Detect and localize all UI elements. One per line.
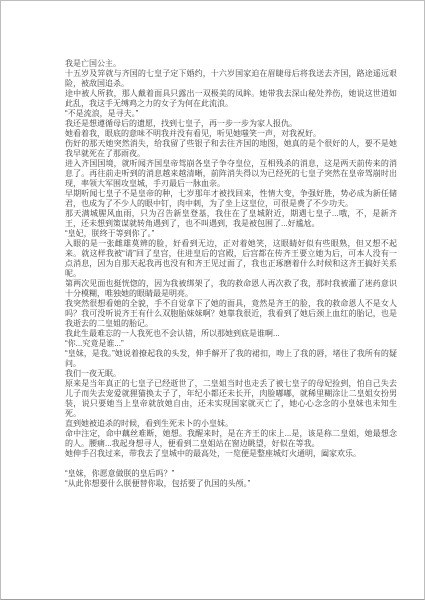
paragraph: 我突然很想看她的全貌，手不自觉拿下了她的面具，竟然是齐王的脸，我的救命恩人不是女… (65, 299, 397, 329)
paragraph: 命中注定，命中藕丝难断，她想。我醒来时，是在齐王的床上...是，该是称二皇姐，她… (65, 429, 397, 449)
paragraph: 十五岁及笄就与齐国的七皇子定下婚约，十六岁国家迫在眉睫母后将我送去齐国，路途遥远… (65, 69, 397, 89)
paragraph: “不是流浪，是寻夫。” (65, 109, 397, 119)
paragraph: 原来是当年真正的七皇子已经逝世了，二皇姐当时也走丢了被七皇子的母妃捡到，怕自己失… (65, 379, 397, 419)
paragraph: 我此生最难忘的一人我死也不会认错，所以那她到底是谁啊... (65, 329, 397, 339)
paragraph: 进入齐国国境，就听闻齐国皇帝驾崩各皇子争夺皇位，互相残杀的消息，这是两天前传来的… (65, 159, 397, 189)
paragraph: “皇妃，朕终于等到你了。” (65, 229, 397, 239)
paragraph-spacer (65, 459, 397, 469)
paragraph: 我是亡国公主。 (65, 59, 397, 69)
paragraph: “你...究竟是谁...” (65, 339, 397, 349)
paragraph: 我们一夜无眠。 (65, 369, 397, 379)
story-text: 我是亡国公主。十五岁及笄就与齐国的七皇子定下婚约，十六岁国家迫在眉睫母后将我送去… (65, 59, 397, 489)
paragraph: 她伸手召我过来，带我去了皇城中的最高处，一览便是整座城灯火通明，阖家欢乐。 (65, 449, 397, 459)
paragraph: “从此你想要什么朕便替你取，包括要了仇国的头颅。” (65, 479, 397, 489)
paragraph: “皇妹，是我。”她说着撩起我的头发，伸手解开了我的裙扣，吻上了我的唇，堵住了我所… (65, 349, 397, 369)
paragraph: 她看着我，眼底的意味不明我并没有看见，听见她嗤笑一声，对我祝好。 (65, 129, 397, 139)
paragraph: 那天满城腥风血雨，只为召告新皇登基，我住在了皇城附近，期遇七皇子...哦，不，是… (65, 209, 397, 229)
paragraph: 入眼的是一张雌雄莫辨的脸，好看到无边，正对着她笑，这眼睛好似有些眼熟，但又想不起… (65, 239, 397, 279)
paragraph: 第两次见面也挺恍惚的，因为我被绑架了，我的救命恩人再次救了我，那时我被灌了迷药意… (65, 279, 397, 299)
paragraph: “皇妹，你愿意做朕的皇后吗？” (65, 469, 397, 479)
paragraph: 直到她被追杀的时候，看到生死未卜的小皇妹。 (65, 419, 397, 429)
paragraph: 我还是想遵循母后的遗愿，找到七皇子，再一步一步为家人报仇。 (65, 119, 397, 129)
paragraph: 伤好的那天她突然消失，给我留了些银子和去往齐国的地图，她真的是个很好的人，要不是… (65, 139, 397, 159)
paragraph: 早期听闻七皇子不是皇帝的种，七岁那年才被找回来，性情大变，争强好胜，势必成为新任… (65, 189, 397, 209)
paragraph: 途中被人所救，那人戴着面具只露出一双极美的凤眸。她带我去深山秘处养伤，她说这世道… (65, 89, 397, 109)
reader-page: 我是亡国公主。十五岁及笄就与齐国的七皇子定下婚约，十六岁国家迫在眉睫母后将我送去… (0, 0, 425, 600)
